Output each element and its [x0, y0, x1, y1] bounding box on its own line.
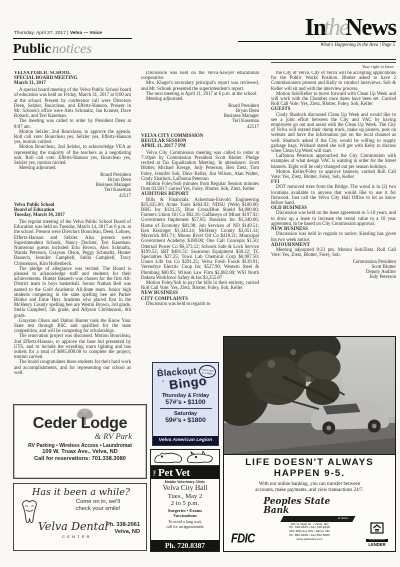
blackout-bingo-ad: Blackout Bingo Doors open at 5:30pm Thur…: [152, 362, 219, 446]
bank-logo-script: Peoples State Bank: [264, 498, 356, 516]
cedar-title-part1: Ceder: [33, 415, 77, 432]
bank-body-copy: With our online banking, you can transfe…: [224, 482, 395, 494]
fdic-logo: FDIC: [231, 532, 255, 546]
pet-vet-brand: Pet Vet: [158, 467, 190, 479]
bank-body-1: With our online banking, you can transfe…: [259, 482, 360, 487]
notice-paragraph: Motion Foley/Sob minutes from Regular Se…: [141, 182, 259, 192]
notice-paragraph: Meeting adjourned.: [14, 166, 131, 171]
notice-paragraph: Discussion was held on the Velva-Sawyer …: [141, 71, 259, 81]
bingo-amount1: 57#'s • $1100: [153, 399, 218, 407]
section-title: Publicnotices: [13, 43, 92, 57]
bingo-venue-bar: Velva American Legion: [153, 436, 218, 445]
bank-logo-sub: of Velva: [282, 516, 354, 522]
pet-vet-phone-bar: Ph. 720.8387: [151, 540, 219, 551]
masthead-in: In: [305, 15, 326, 41]
notice-signature: Board President Bryan Deen Business Mana…: [141, 104, 259, 130]
notice-paragraph: The meeting was called to order by Presi…: [14, 119, 131, 129]
notice-paragraph: Grayston Olson and Dalton Hunter took th…: [14, 319, 131, 335]
dental-city: Velva, ND: [115, 529, 141, 535]
notice-paragraph: LaDonna Peterson approached the City Com…: [271, 154, 396, 170]
bingo-amount2: 59#'s • $1800: [153, 417, 218, 425]
cedar-phone: Call for reservations: 701.338.3080: [14, 456, 146, 463]
pet-vet-brand-bar: THEPet Vet: [151, 466, 219, 479]
bingo-divider: [160, 408, 212, 409]
pet-vet-services-2: Vaccinations: [151, 513, 219, 518]
notice-paragraph: Discussion was held in regards to notice…: [271, 232, 396, 242]
pet-vet-the: THE: [153, 469, 157, 476]
bank-logo-swoosh: of Velva: [280, 516, 355, 522]
section-title-notices: notices: [52, 42, 92, 57]
dateline: Thursday, April 27, 2017 | Velva — Voice: [14, 30, 102, 35]
lender-label: LENDER: [366, 542, 388, 547]
cedar-lodge-ad: Ceder Lodge & RV Park RV Parking • Wirel…: [13, 404, 147, 479]
tagline-text: What's Happening In the Area: [320, 43, 378, 48]
peoples-state-bank-ad: LIFE DOESN'T ALWAYSHAPPEN 9-5. With our …: [223, 336, 396, 552]
masthead-rule: [238, 41, 396, 43]
equal-housing-lender-logo: EQUAL HOUSING LENDER: [366, 521, 388, 547]
bank-headline-1: LIFE DOESN'T ALWAYS: [245, 457, 374, 468]
notice-paragraph: The renovation project was discussed. Mo…: [14, 334, 131, 360]
dental-subline: Come on in, we'llcheck your smile!: [58, 499, 138, 513]
notice-paragraph: The board congratulates these students f…: [14, 360, 131, 376]
notice-paragraph: Meeting adjourned.: [141, 97, 259, 102]
house-icon: [370, 522, 384, 534]
notice-paragraph: Motion Selzler, 2nd Bourcleau, to approv…: [14, 130, 131, 146]
newspaper-page: Thursday, April 27, 2017 | Velva — Voice…: [0, 0, 400, 567]
cedar-lodge-script: & RV Park: [14, 432, 132, 440]
notice-paragraph: Mrs. Kluger's secondary principal's repo…: [141, 81, 259, 91]
masthead: IntheNews: [305, 16, 396, 40]
right-to-know-tagline: Your right to know: [362, 64, 394, 69]
pet-vet-ad: THEPet Vet Mobile Veterinary Clinic Velv…: [150, 449, 220, 552]
dental-brand-center: CENTER: [62, 534, 92, 539]
notice-paragraph: Discussion was held in regards to: [141, 302, 259, 307]
dateline-rule: [13, 38, 132, 39]
notice-paragraph: Motion Sob/Keller to move forward with C…: [271, 92, 396, 108]
notice-paragraph: Motion Foley/Sob to pay the bills in the…: [141, 281, 259, 291]
notice-heading: Velva Public School Board of Education T…: [14, 203, 131, 219]
pet-vet-date: Tues., May 2: [151, 493, 219, 501]
pet-vet-note: To avoid a long wait,call for an appoint…: [151, 520, 219, 529]
bank-headline: LIFE DOESN'T ALWAYSHAPPEN 9-5.: [224, 458, 395, 479]
notices-column-2: Discussion was held on the Velva-Sawyer …: [141, 71, 259, 360]
notices-column-3: the City of Velva. City of Velva will be…: [271, 71, 396, 334]
notice-paragraph: Bills & Financials: Ackerman-Estvold Eng…: [141, 198, 259, 281]
bank-logo: Peoples State Bank of Velva: [264, 498, 356, 522]
notice-heading: VELVA CITY COMMISSION REGULAR SESSION AP…: [141, 134, 259, 150]
pet-vet-place: Velva City Hall: [151, 484, 219, 493]
notice-paragraph: A special board meeting of the Velva Pub…: [14, 88, 131, 119]
tagline-separator: |: [380, 43, 381, 48]
bank-headline-2: HAPPEN 9-5.: [274, 468, 345, 479]
dateline-separator: |: [67, 30, 68, 35]
page-number: Page 5: [382, 43, 395, 48]
pet-vet-note-2: call for an appointment: [166, 524, 203, 529]
pet-vet-time: 2 to 5 p.m.: [151, 500, 219, 508]
notice-paragraph: Cindy Shatlock discussed Clean Up Week a…: [271, 113, 396, 155]
velva-dental-ad: Has it been a while? Come on in, we'llch…: [13, 483, 147, 551]
dental-subline-2: check your smile!: [76, 506, 121, 512]
bank-website: www.psbvelva.com: [296, 537, 322, 541]
notice-paragraph: Meeting adjourned 8:23 pm. Motion Sob/Zi…: [271, 248, 396, 258]
notice-paragraph: the City of Velva. City of Velva will be…: [271, 71, 396, 92]
masthead-news: News: [345, 15, 396, 41]
dateline-date: Thursday, April 27, 2017: [14, 30, 66, 35]
dental-subline-1: Come on in, we'll: [76, 499, 120, 505]
tooth-icon: [19, 498, 40, 530]
bank-body-2: accounts, make payments, and view transa…: [255, 488, 363, 493]
notice-paragraph: Motion Bourcleau, 2nd Selzler, to acknow…: [14, 145, 131, 166]
dental-phone: Ph. 338-2061Velva, ND: [106, 522, 140, 536]
notices-column-1: VELVA PUBLIC SCHOOL SPECIAL BOARD MEETIN…: [14, 71, 131, 398]
notice-heading: VELVA PUBLIC SCHOOL SPECIAL BOARD MEETIN…: [14, 71, 131, 87]
section-rule: [13, 59, 396, 60]
notice-paragraph: Velva City Commission meeting was called…: [141, 151, 259, 182]
notice-signature: Board President Bryan Deen Business Mana…: [14, 173, 131, 199]
dental-phone-number: Ph. 338-2061: [106, 522, 140, 528]
cedar-lodge-title: Ceder Lodge: [14, 416, 146, 432]
pets-illustration-icon: [151, 450, 219, 466]
masthead-tagline: What's Happening In the Area | Page 5: [320, 43, 395, 48]
notice-paragraph: The regular meeting of the Velva Public …: [14, 220, 131, 267]
cedar-address: 109 W. Truax Ave., Velva, ND: [14, 449, 146, 456]
notice-signature: Commission President Scott Blotter Deput…: [271, 260, 396, 281]
dental-headline: Has it been a while?: [22, 487, 140, 498]
fallen-tree-on-car-photo: [224, 337, 395, 455]
notice-paragraph: Discussion was held on the lease agreeme…: [271, 211, 396, 227]
notice-paragraph: The pledge of allegiance was recited. Th…: [14, 267, 131, 319]
notice-paragraph: Motion Keller/Foley to approve banners, …: [271, 170, 396, 180]
notice-paragraph: DOT removed trees from the Bridge. The w…: [271, 185, 396, 206]
dateline-paper-name: Velva — Voice: [70, 30, 102, 35]
cedar-title-part2: Lodge: [81, 415, 128, 432]
section-title-public: Public: [13, 42, 51, 57]
dental-brand-script: Velva Dental: [38, 520, 108, 533]
